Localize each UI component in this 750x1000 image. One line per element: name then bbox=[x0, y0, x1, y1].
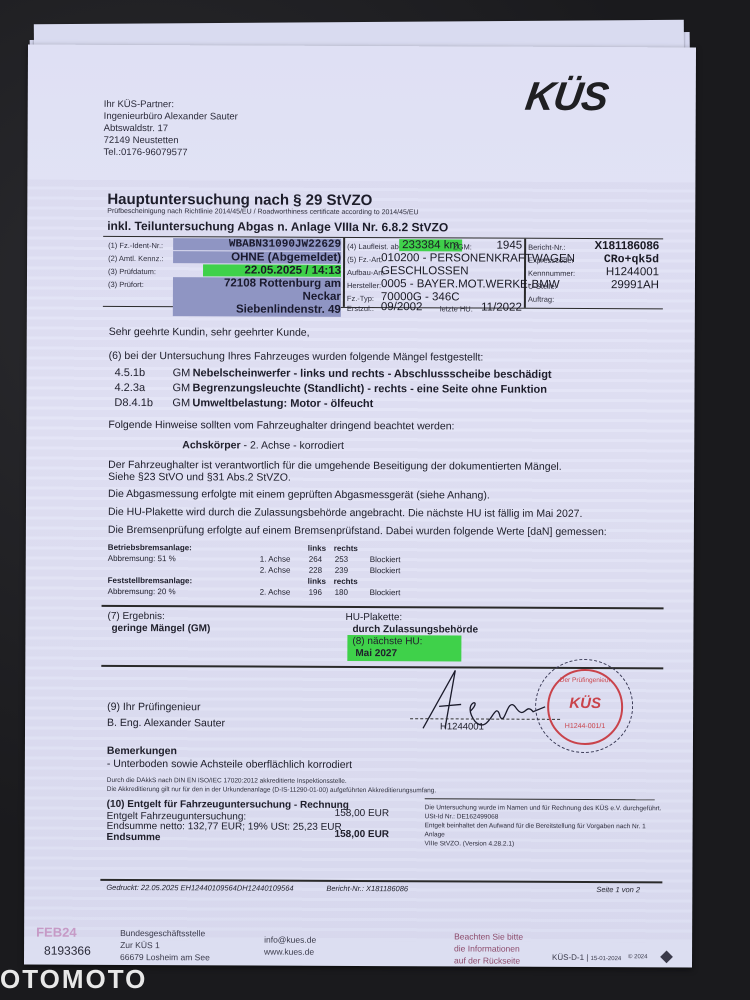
kues-logo: KÜS bbox=[523, 75, 611, 120]
next-hu-value: Mai 2027 bbox=[355, 648, 397, 659]
invoice-title: (10) Entgelt für Fahrzeuguntersuchung - … bbox=[107, 799, 349, 811]
engineer-name: B. Eng. Alexander Sauter bbox=[107, 717, 225, 730]
document-title: Hauptuntersuchung nach § 29 StVZO bbox=[107, 191, 372, 209]
responsibility-line-2: Siehe §23 StVO und §31 Abs.2 StVZO. bbox=[108, 471, 291, 484]
divider bbox=[102, 605, 664, 609]
engineer-stamp: Der Prüfingenieur KÜS H1244-001/1 bbox=[547, 669, 623, 745]
inspection-place: 72108 Rottenburg am Neckar Siebenlindens… bbox=[173, 277, 341, 317]
greeting: Sehr geehrte Kundin, sehr geehrter Kunde… bbox=[109, 326, 310, 339]
vin-value: WBABN31090JW22629 bbox=[173, 238, 341, 251]
backside-notice: Beachten Sie bitte die Informationen auf… bbox=[454, 930, 523, 966]
form-id: KÜS-D-1 | 15-01-2024 bbox=[552, 953, 621, 962]
month-stamp: FEB24 bbox=[36, 925, 77, 940]
body-label: Aufbau-Art: bbox=[347, 268, 385, 277]
hint-item: Achskörper - 2. Achse - korrodiert bbox=[182, 439, 344, 452]
remarks-title: Bemerkungen bbox=[107, 745, 177, 757]
partner-address: Ihr KÜS-Partner: Ingenieurbüro Alexander… bbox=[104, 99, 238, 160]
body-value: GESCHLOSSEN bbox=[381, 265, 469, 277]
report-number-value: X181186086 bbox=[573, 240, 659, 252]
plate-label: (2) Amtl. Kennz.: bbox=[108, 254, 163, 263]
result-label: (7) Ergebnis: bbox=[107, 611, 164, 622]
report-number-label: Bericht-Nr.: bbox=[528, 243, 566, 252]
partner-line: Ingenieurbüro Alexander Sauter bbox=[104, 111, 238, 124]
otomoto-watermark: OTOMOTO bbox=[0, 964, 147, 995]
inspection-certificate: Ihr KÜS-Partner: Ingenieurbüro Alexander… bbox=[24, 45, 696, 968]
remarks-text: - Unterboden sowie Achsteile oberflächli… bbox=[107, 758, 352, 771]
divider bbox=[100, 879, 662, 883]
expresscode-label: Expresscode: bbox=[528, 256, 573, 265]
print-report-number: Bericht-Nr.: X181186086 bbox=[326, 884, 408, 893]
defect-item: D8.4.1b GM Umweltbelastung: Motor - ölfe… bbox=[114, 395, 674, 412]
office-address: Bundesgeschäftsstelle Zur KÜS 1 66679 Lo… bbox=[120, 927, 210, 963]
print-info: Gedruckt: 22.05.2025 EH12440109564DH1244… bbox=[106, 883, 293, 893]
firstreg-value: 09/2002 bbox=[381, 301, 423, 313]
defects-intro: (6) bei der Untersuchung Ihres Fahrzeuge… bbox=[109, 350, 484, 364]
order-label: Auftrag: bbox=[528, 295, 554, 304]
zgm-label: ZGM: bbox=[453, 242, 472, 251]
signature bbox=[415, 666, 555, 737]
vehicle-info-box: (1) Fz.-Ident-Nr.: WBABN31090JW22629 (2)… bbox=[103, 236, 663, 309]
type-label: (5) Fz.-Art: bbox=[347, 255, 383, 264]
plakette-note: Die HU-Plakette wird durch die Zulassung… bbox=[108, 506, 583, 520]
date-label: (3) Prüfdatum: bbox=[108, 267, 156, 276]
accreditation-line: Durch die DAkkS nach DIN EN ISO/IEC 1702… bbox=[107, 777, 347, 785]
defect-list: 4.5.1b GM Nebelscheinwerfer - links und … bbox=[114, 365, 674, 412]
next-hu-label: (8) nächste HU: bbox=[352, 636, 422, 647]
zgm-value: 1945 bbox=[488, 240, 522, 252]
lasthu-value: 11/2022 bbox=[473, 301, 522, 313]
serial-number: 8193366 bbox=[44, 944, 91, 958]
ustelle-label: U-Stelle: bbox=[528, 282, 557, 291]
invoice-total-label: Endsumme bbox=[107, 832, 161, 843]
plakette-label: HU-Plakette: bbox=[345, 612, 402, 623]
partner-line: 72149 Neustetten bbox=[104, 135, 238, 148]
invoice-fee: 158,00 EUR bbox=[335, 808, 390, 819]
lasthu-label: letzte HU: bbox=[440, 304, 473, 313]
invoice-note: Die Untersuchung wurde im Namen und für … bbox=[425, 803, 665, 849]
partner-line: Tel.:0176-96079577 bbox=[104, 147, 238, 160]
document-subtitle: Prüfbescheinigung nach Richtlinie 2014/4… bbox=[107, 208, 418, 216]
brake-table: Betriebsbremsanlage: links rechts Abbrem… bbox=[108, 543, 528, 605]
maker-label: Hersteller: bbox=[347, 281, 381, 290]
inspection-date-value: 22.05.2025 / 14:13 bbox=[203, 264, 341, 277]
engineer-label: (9) Ihr Prüfingenieur bbox=[107, 701, 200, 713]
page-number: Seite 1 von 2 bbox=[596, 885, 640, 894]
result-value: geringe Mängel (GM) bbox=[111, 623, 210, 634]
diamond-icon bbox=[660, 950, 673, 963]
brake-intro: Die Bremsenprüfung erfolgte auf einem Br… bbox=[108, 524, 607, 538]
contact-info: info@kues.de www.kues.de bbox=[264, 934, 316, 958]
id-value: H1244001 bbox=[573, 266, 659, 278]
copyright: © 2024 bbox=[628, 954, 647, 960]
divider bbox=[425, 798, 655, 800]
ustelle-value: 29991AH bbox=[573, 279, 659, 291]
id-label: Kennnummer: bbox=[528, 269, 575, 278]
invoice-total: 158,00 EUR bbox=[335, 829, 390, 840]
ident-label: (1) Fz.-Ident-Nr.: bbox=[108, 241, 163, 250]
document-subtitle-2: inkl. Teiluntersuchung Abgas n. Anlage V… bbox=[107, 219, 448, 234]
partner-line: Abtswaldstr. 17 bbox=[104, 123, 238, 136]
exhaust-note: Die Abgasmessung erfolgte mit einem gepr… bbox=[108, 488, 490, 502]
plakette-value: durch Zulassungsbehörde bbox=[352, 624, 478, 636]
partner-line: Ihr KÜS-Partner: bbox=[104, 99, 238, 112]
model-label: Fz.-Typ: bbox=[347, 294, 374, 303]
firstreg-label: Erstzul.: bbox=[347, 304, 374, 313]
expresscode-value: CRo+qk5d bbox=[573, 253, 659, 266]
hints-intro: Folgende Hinweise sollten vom Fahrzeugha… bbox=[108, 419, 454, 433]
next-hu-highlight: (8) nächste HU: Mai 2027 bbox=[347, 635, 461, 661]
place-label: (3) Prüfort: bbox=[108, 280, 144, 289]
plate-value: OHNE (Abgemeldet) bbox=[173, 251, 341, 264]
accreditation-line: Die Akkreditierung gilt nur für den in d… bbox=[107, 786, 436, 794]
engineer-id: H1244001 bbox=[440, 721, 484, 732]
